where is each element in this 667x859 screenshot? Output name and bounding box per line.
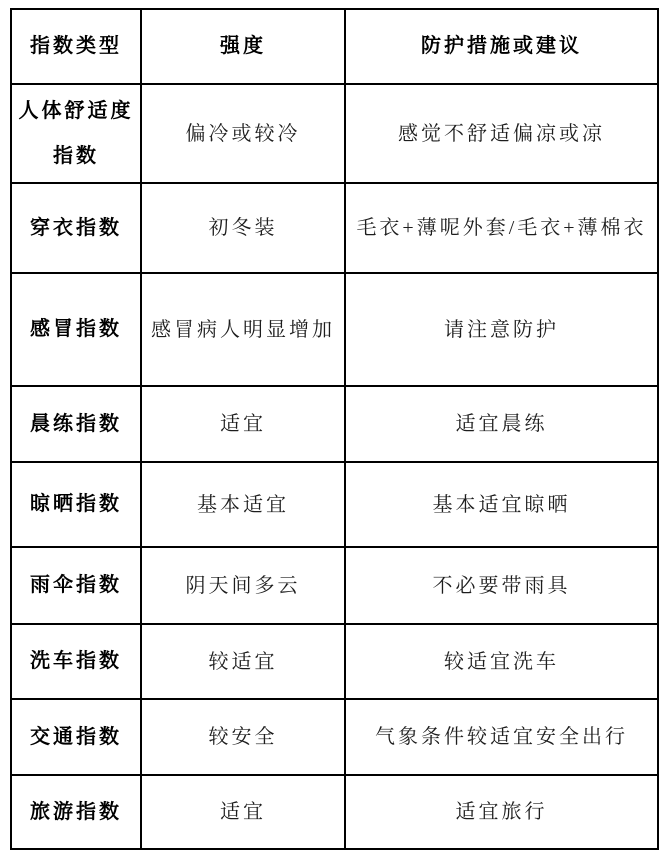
strength-cell: 基本适宜 — [141, 462, 345, 547]
table-body: 人体舒适度指数 偏冷或较冷 感觉不舒适偏凉或凉 穿衣指数 初冬装 毛衣+薄呢外套… — [11, 84, 658, 849]
table-row: 洗车指数 较适宜 较适宜洗车 — [11, 624, 658, 699]
table-row: 穿衣指数 初冬装 毛衣+薄呢外套/毛衣+薄棉衣 — [11, 183, 658, 273]
strength-cell: 适宜 — [141, 386, 345, 462]
header-row: 指数类型 强度 防护措施或建议 — [11, 9, 658, 84]
weather-index-table-container: 指数类型 强度 防护措施或建议 人体舒适度指数 偏冷或较冷 感觉不舒适偏凉或凉 … — [10, 8, 659, 850]
table-row: 交通指数 较安全 气象条件较适宜安全出行 — [11, 699, 658, 775]
table-header: 指数类型 强度 防护措施或建议 — [11, 9, 658, 84]
advice-cell: 基本适宜晾晒 — [345, 462, 658, 547]
index-type-cell: 旅游指数 — [11, 775, 141, 849]
advice-cell: 适宜晨练 — [345, 386, 658, 462]
index-type-cell: 穿衣指数 — [11, 183, 141, 273]
strength-cell: 较安全 — [141, 699, 345, 775]
advice-cell: 感觉不舒适偏凉或凉 — [345, 84, 658, 183]
table-row: 人体舒适度指数 偏冷或较冷 感觉不舒适偏凉或凉 — [11, 84, 658, 183]
advice-cell: 不必要带雨具 — [345, 547, 658, 624]
index-type-cell: 晨练指数 — [11, 386, 141, 462]
table-row: 旅游指数 适宜 适宜旅行 — [11, 775, 658, 849]
strength-cell: 感冒病人明显增加 — [141, 273, 345, 386]
strength-cell: 偏冷或较冷 — [141, 84, 345, 183]
page: 指数类型 强度 防护措施或建议 人体舒适度指数 偏冷或较冷 感觉不舒适偏凉或凉 … — [0, 0, 667, 859]
strength-cell: 初冬装 — [141, 183, 345, 273]
column-header-advice: 防护措施或建议 — [345, 9, 658, 84]
column-header-index-type: 指数类型 — [11, 9, 141, 84]
index-type-cell: 感冒指数 — [11, 273, 141, 386]
index-type-cell: 雨伞指数 — [11, 547, 141, 624]
table-row: 雨伞指数 阴天间多云 不必要带雨具 — [11, 547, 658, 624]
strength-cell: 阴天间多云 — [141, 547, 345, 624]
advice-cell: 毛衣+薄呢外套/毛衣+薄棉衣 — [345, 183, 658, 273]
column-header-strength: 强度 — [141, 9, 345, 84]
strength-cell: 适宜 — [141, 775, 345, 849]
weather-index-table: 指数类型 强度 防护措施或建议 人体舒适度指数 偏冷或较冷 感觉不舒适偏凉或凉 … — [10, 8, 659, 850]
index-type-cell: 交通指数 — [11, 699, 141, 775]
advice-cell: 适宜旅行 — [345, 775, 658, 849]
index-type-cell: 晾晒指数 — [11, 462, 141, 547]
index-type-cell: 洗车指数 — [11, 624, 141, 699]
table-row: 晨练指数 适宜 适宜晨练 — [11, 386, 658, 462]
advice-cell: 较适宜洗车 — [345, 624, 658, 699]
table-row: 晾晒指数 基本适宜 基本适宜晾晒 — [11, 462, 658, 547]
index-type-cell: 人体舒适度指数 — [11, 84, 141, 183]
strength-cell: 较适宜 — [141, 624, 345, 699]
advice-cell: 气象条件较适宜安全出行 — [345, 699, 658, 775]
advice-cell: 请注意防护 — [345, 273, 658, 386]
table-row: 感冒指数 感冒病人明显增加 请注意防护 — [11, 273, 658, 386]
